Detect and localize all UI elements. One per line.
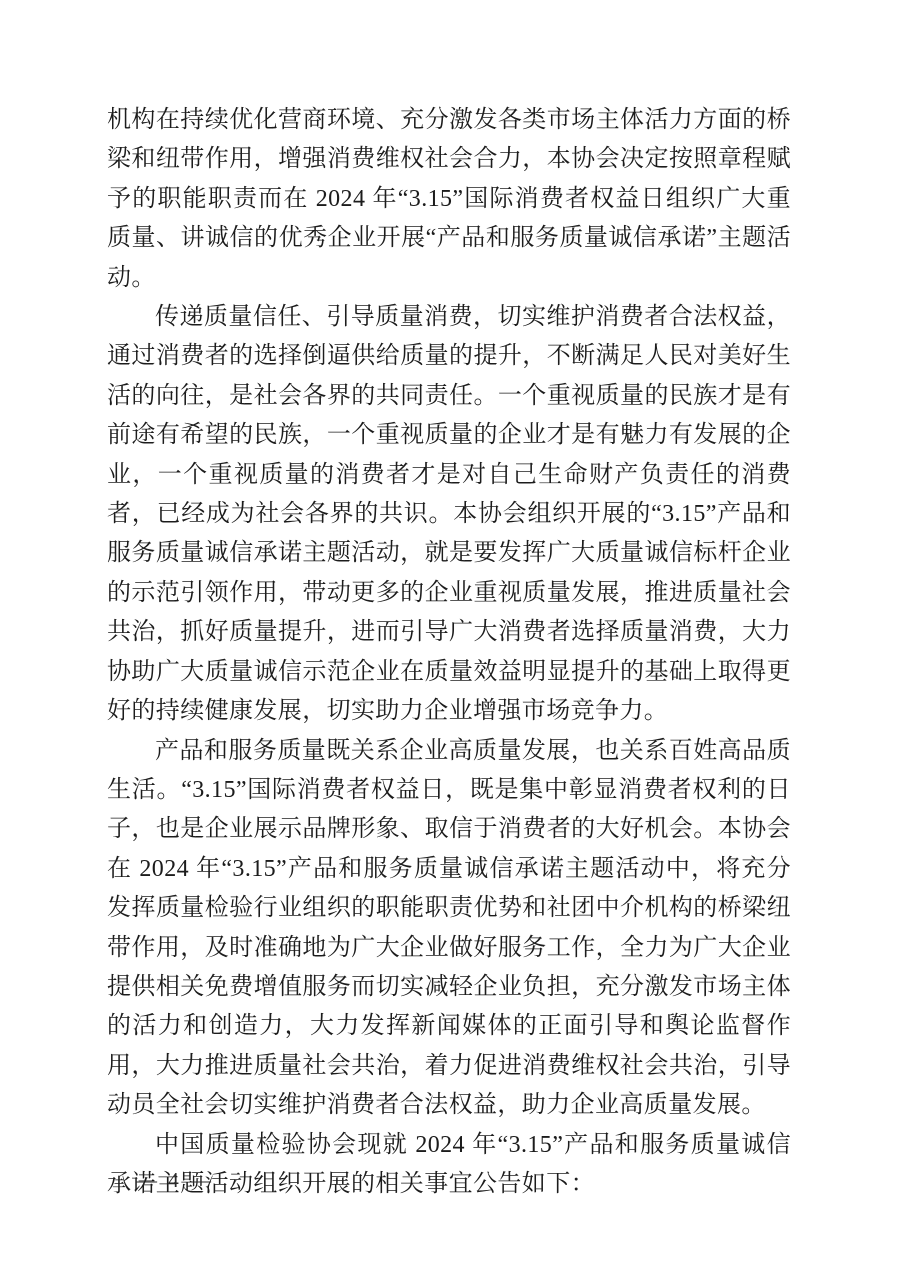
page-number: — 4 —: [136, 1168, 214, 1193]
paragraph-quality-trust: 传递质量信任、引导质量消费，切实维护消费者合法权益，通过消费者的选择倒逼供给质量…: [107, 298, 791, 731]
document-body: 机构在持续优化营商环境、充分激发各类市场主体活力方面的桥梁和纽带作用，增强消费维…: [107, 101, 791, 1204]
paragraph-continuation: 机构在持续优化营商环境、充分激发各类市场主体活力方面的桥梁和纽带作用，增强消费维…: [107, 101, 791, 298]
paragraph-product-service-quality: 产品和服务质量既关系企业高质量发展，也关系百姓高品质生活。“3.15”国际消费者…: [107, 732, 791, 1126]
document-page: 机构在持续优化营商环境、充分激发各类市场主体活力方面的桥梁和纽带作用，增强消费维…: [0, 0, 900, 1273]
